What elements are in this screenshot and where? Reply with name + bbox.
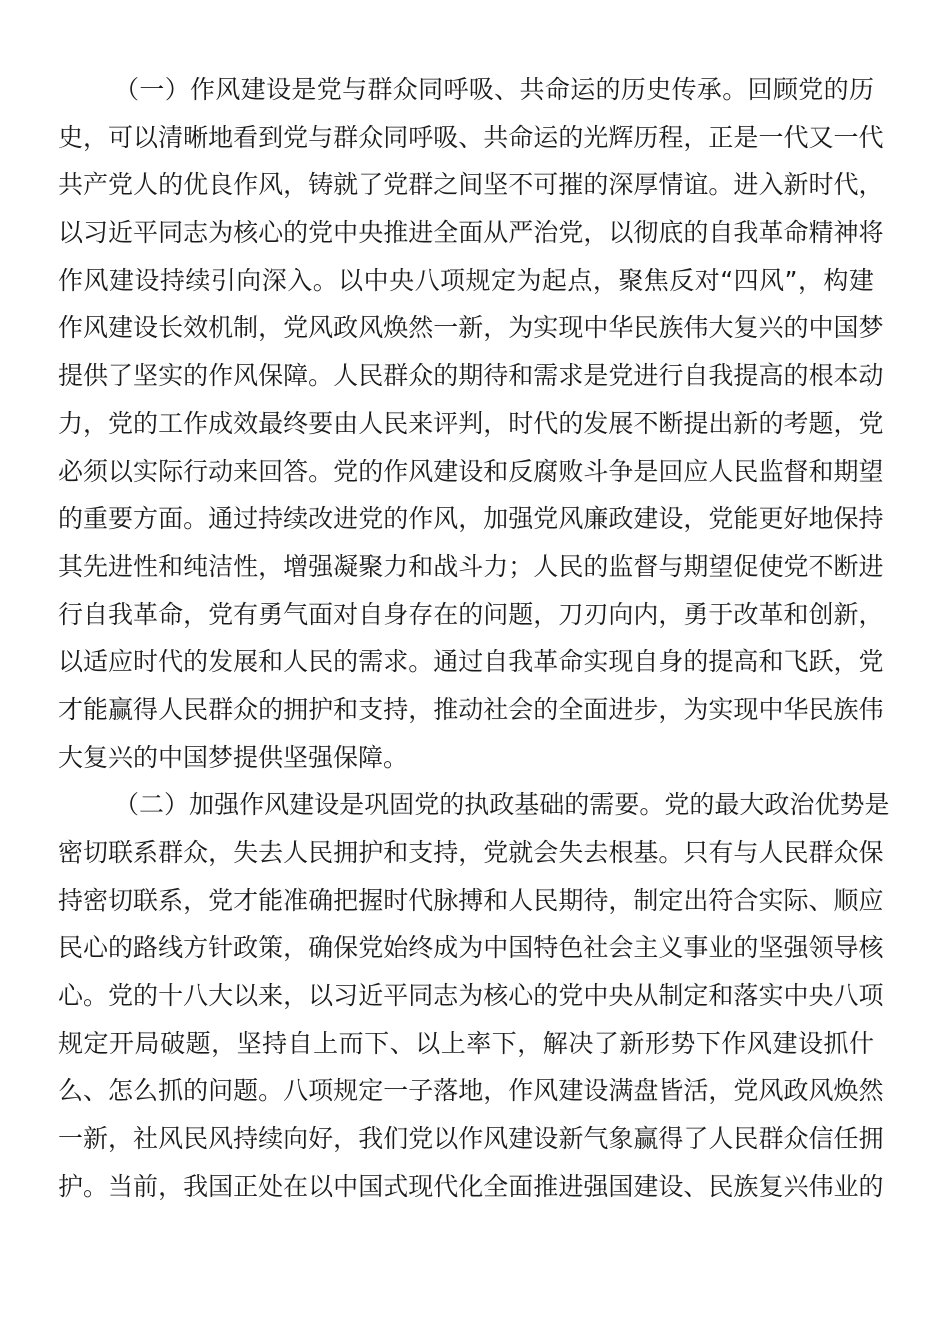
paragraph-line: 持密切联系，党才能准确把握时代脉搏和人民期待，制定出符合实际、顺应 [58,877,874,925]
paragraph-first-line: （二）加强作风建设是巩固党的执政基础的需要。党的最大政治优势是 [58,781,874,829]
paragraph-line: 密切联系群众，失去人民拥护和支持，党就会失去根基。只有与人民群众保 [58,829,874,877]
paragraph-line: 么、怎么抓的问题。八项规定一子落地，作风建设满盘皆活，党风政风焕然 [58,1067,874,1115]
paragraph: （一）作风建设是党与群众同呼吸、共命运的历史传承。回顾党的历史，可以清晰地看到党… [58,66,874,781]
paragraph-line: 史，可以清晰地看到党与群众同呼吸、共命运的光辉历程，正是一代又一代 [58,114,874,162]
document-page: （一）作风建设是党与群众同呼吸、共命运的历史传承。回顾党的历史，可以清晰地看到党… [0,0,950,1344]
paragraph-line: 心。党的十八大以来，以习近平同志为核心的党中央从制定和落实中央八项 [58,972,874,1020]
paragraph-line: 力，党的工作成效最终要由人民来评判，时代的发展不断提出新的考题，党 [58,400,874,448]
paragraph-line: 大复兴的中国梦提供坚强保障。 [58,734,874,782]
paragraph-line: 一新，社风民风持续向好，我们党以作风建设新气象赢得了人民群众信任拥 [58,1115,874,1163]
paragraph-line: 共产党人的优良作风，铸就了党群之间坚不可摧的深厚情谊。进入新时代， [58,161,874,209]
paragraph-line: 规定开局破题，坚持自上而下、以上率下，解决了新形势下作风建设抓什 [58,1020,874,1068]
paragraph-line: 提供了坚实的作风保障。人民群众的期待和需求是党进行自我提高的根本动 [58,352,874,400]
paragraph-line: 作风建设长效机制，党风政风焕然一新，为实现中华民族伟大复兴的中国梦 [58,304,874,352]
paragraph-line: 以适应时代的发展和人民的需求。通过自我革命实现自身的提高和飞跃，党 [58,638,874,686]
paragraph-line: 以习近平同志为核心的党中央推进全面从严治党，以彻底的自我革命精神将 [58,209,874,257]
paragraph-line: 护。当前，我国正处在以中国式现代化全面推进强国建设、民族复兴伟业的 [58,1163,874,1211]
paragraph-line: 才能赢得人民群众的拥护和支持，推动社会的全面进步，为实现中华民族伟 [58,686,874,734]
paragraph-line: 必须以实际行动来回答。党的作风建设和反腐败斗争是回应人民监督和期望 [58,448,874,496]
paragraph-line: 作风建设持续引向深入。以中央八项规定为起点，聚焦反对“四风”，构建 [58,257,874,305]
paragraph: （二）加强作风建设是巩固党的执政基础的需要。党的最大政治优势是密切联系群众，失去… [58,781,874,1210]
paragraph-line: 行自我革命，党有勇气面对自身存在的问题，刀刃向内，勇于改革和创新， [58,591,874,639]
document-body: （一）作风建设是党与群众同呼吸、共命运的历史传承。回顾党的历史，可以清晰地看到党… [58,66,874,1211]
paragraph-line: 民心的路线方针政策，确保党始终成为中国特色社会主义事业的坚强领导核 [58,924,874,972]
paragraph-line: 的重要方面。通过持续改进党的作风，加强党风廉政建设，党能更好地保持 [58,495,874,543]
paragraph-line: 其先进性和纯洁性，增强凝聚力和战斗力；人民的监督与期望促使党不断进 [58,543,874,591]
paragraph-first-line: （一）作风建设是党与群众同呼吸、共命运的历史传承。回顾党的历 [58,66,874,114]
